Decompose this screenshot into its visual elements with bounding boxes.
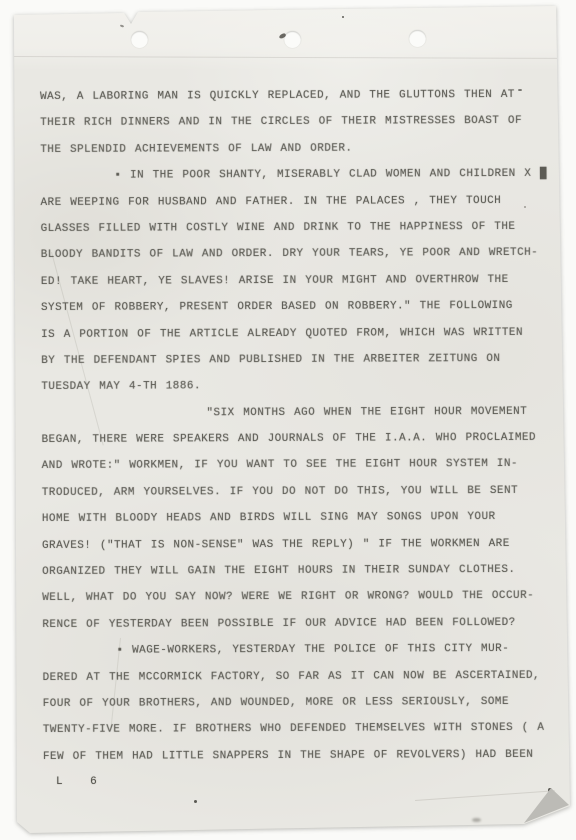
text-line: ORGANIZED THEY WILL GAIN THE EIGHT HOURS… — [42, 557, 567, 586]
text-line: THEIR RICH DINNERS AND IN THE CIRCLES OF… — [40, 108, 565, 137]
text-line: "SIX MONTHS AGO WHEN THE EIGHT HOUR MOVE… — [41, 398, 566, 427]
paper-shadow-wrap: WAS, A LABORING MAN IS QUICKLY REPLACED,… — [0, 0, 576, 840]
text-line: FOUR OF YOUR BROTHERS, AND WOUNDED, MORE… — [43, 689, 568, 718]
text-line: DERED AT THE MCCORMICK FACTORY, SO FAR A… — [43, 662, 568, 691]
text-line: ED! TAKE HEART, YE SLAVES! ARISE IN YOUR… — [41, 266, 566, 295]
text-line: THE SPLENDID ACHIEVEMENTS OF LAW AND ORD… — [40, 134, 565, 163]
text-line: AND WROTE:" WORKMEN, IF YOU WANT TO SEE … — [42, 451, 567, 480]
text-line: BLOODY BANDITS OF LAW AND ORDER. DRY YOU… — [41, 240, 566, 269]
text-line: ▪ WAGE-WORKERS, YESTERDAY THE POLICE OF … — [42, 636, 567, 665]
text-line: IS A PORTION OF THE ARTICLE ALREADY QUOT… — [41, 319, 566, 348]
text-line: FEW OF THEM HAD LITTLE SNAPPERS IN THE S… — [43, 741, 568, 770]
crease-line — [14, 56, 559, 59]
text-line: WELL, WHAT DO YOU SAY NOW? WERE WE RIGHT… — [42, 583, 567, 612]
punch-hole-icon — [131, 31, 148, 48]
paper-smudge — [472, 818, 481, 822]
paper-sheet: WAS, A LABORING MAN IS QUICKLY REPLACED,… — [0, 0, 576, 840]
text-line: BEGAN, THERE WERE SPEAKERS AND JOURNALS … — [41, 425, 566, 454]
paper-speck — [120, 24, 124, 27]
page-number: 6 — [90, 776, 97, 788]
text-line: HOME WITH BLOODY HEADS AND BIRDS WILL SI… — [42, 504, 567, 533]
page-footer: L6 — [56, 776, 97, 788]
typewritten-text-block: WAS, A LABORING MAN IS QUICKLY REPLACED,… — [40, 82, 568, 770]
text-line: TWENTY-FIVE MORE. IF BROTHERS WHO DEFEND… — [43, 715, 568, 744]
text-line: WAS, A LABORING MAN IS QUICKLY REPLACED,… — [40, 82, 565, 111]
paper-speck — [194, 800, 197, 803]
text-line: BY THE DEFENDANT SPIES AND PUBLISHED IN … — [41, 346, 566, 375]
text-line: RENCE OF YESTERDAY BEEN POSSIBLE IF OUR … — [42, 610, 567, 639]
text-line: GRAVES! ("THAT IS NON-SENSE" WAS THE REP… — [42, 530, 567, 559]
text-line: SYSTEM OF ROBBERY, PRESENT ORDER BASED O… — [41, 293, 566, 322]
text-line: TUESDAY MAY 4-TH 1886. — [41, 372, 566, 401]
text-line: GLASSES FILLED WITH COSTLY WINE AND DRIN… — [41, 214, 566, 243]
paper-speck — [342, 16, 344, 18]
punch-hole-icon — [284, 31, 301, 48]
text-line: TRODUCED, ARM YOURSELVES. IF YOU DO NOT … — [42, 478, 567, 507]
text-line: ▪ IN THE POOR SHANTY, MISERABLY CLAD WOM… — [40, 161, 565, 190]
crease-line — [415, 790, 555, 801]
punch-hole-icon — [409, 30, 426, 47]
text-line: ARE WEEPING FOR HUSBAND AND FATHER. IN T… — [40, 187, 565, 216]
footer-left-mark: L — [56, 776, 63, 788]
